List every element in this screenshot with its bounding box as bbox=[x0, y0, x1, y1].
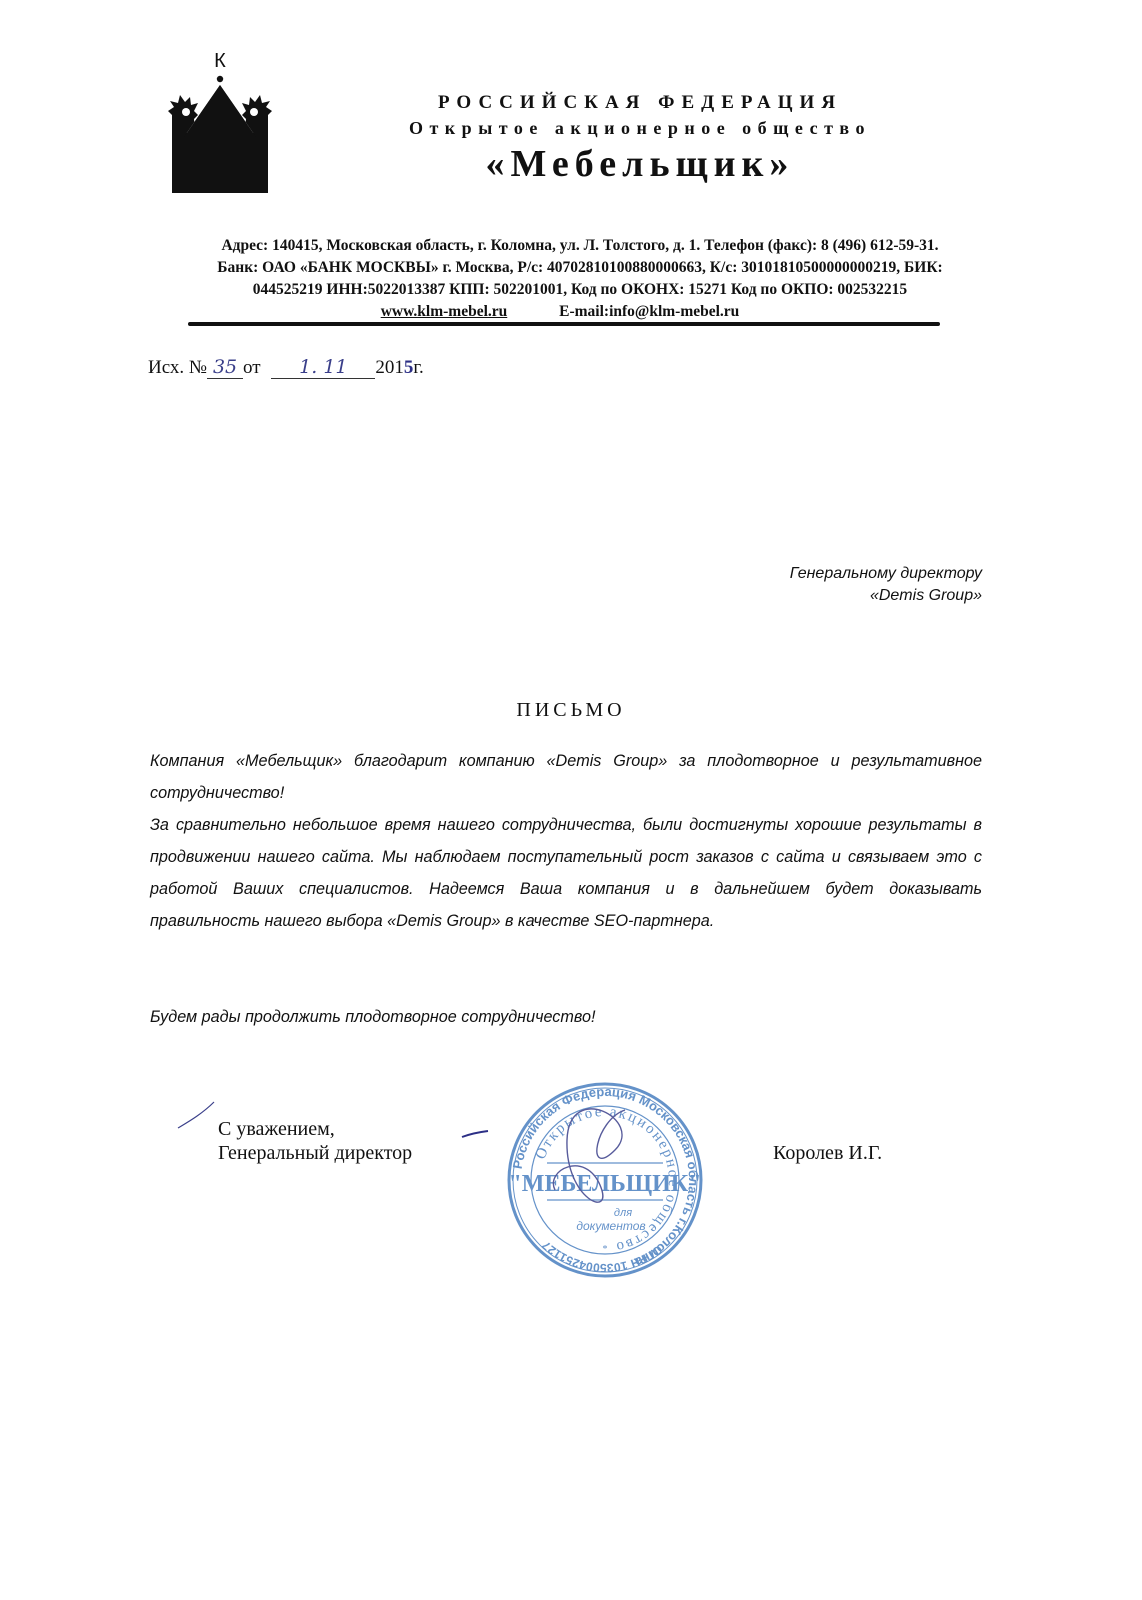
body-paragraph: За сравнительно небольшое время нашего с… bbox=[150, 809, 982, 937]
ref-prefix: Исх. № bbox=[148, 357, 207, 378]
ref-number: 35 bbox=[207, 356, 243, 379]
header-divider bbox=[188, 322, 940, 326]
requisites-address: Адрес: 140415, Московская область, г. Ко… bbox=[60, 237, 1100, 255]
header-country: РОССИЙСКАЯ ФЕДЕРАЦИЯ bbox=[340, 92, 940, 114]
ref-date: 1. 11 bbox=[271, 356, 375, 379]
company-seal-icon: Российская Федерация Московская область … bbox=[505, 1080, 705, 1280]
castle-logo-icon: К bbox=[160, 45, 280, 205]
header-company-name: «Мебельщик» bbox=[340, 142, 940, 186]
signature-position: Генеральный директор bbox=[218, 1142, 412, 1165]
requisites-codes: 044525219 ИНН:5022013387 КПП: 502201001,… bbox=[60, 281, 1100, 299]
svg-text:*: * bbox=[603, 1244, 608, 1255]
outgoing-reference: Исх. №35от 1. 112015г. bbox=[148, 356, 424, 379]
svg-text:К: К bbox=[214, 50, 226, 72]
header-company-type: Открытое акционерное общество bbox=[340, 118, 940, 139]
requisites-contacts: www.klm-mebel.ru E-mail:info@klm-mebel.r… bbox=[60, 303, 1100, 321]
requisites-bank: Банк: ОАО «БАНК МОСКВЫ» г. Москва, Р/с: … bbox=[60, 259, 1100, 277]
body-paragraph: Компания «Мебельщик» благодарит компанию… bbox=[150, 745, 982, 809]
ref-year-end: г. bbox=[413, 357, 423, 378]
svg-text:"МЕБЕЛЬЩИК": "МЕБЕЛЬЩИК" bbox=[508, 1171, 701, 1197]
email-link[interactable]: E-mail:info@klm-mebel.ru bbox=[559, 303, 739, 321]
addressee: Генеральному директору «Demis Group» bbox=[790, 563, 982, 607]
addressee-company: «Demis Group» bbox=[790, 585, 982, 607]
ref-year-suffix: 5 bbox=[404, 357, 414, 378]
website-link[interactable]: www.klm-mebel.ru bbox=[381, 303, 508, 321]
svg-text:документов: документов bbox=[576, 1219, 645, 1233]
ref-year-prefix: 201 bbox=[375, 357, 404, 378]
signature-regards: С уважением, bbox=[218, 1118, 335, 1141]
letter-body: Компания «Мебельщик» благодарит компанию… bbox=[150, 745, 982, 937]
addressee-position: Генеральному директору bbox=[790, 563, 982, 585]
pen-stroke-icon bbox=[460, 1128, 490, 1140]
svg-text:для: для bbox=[614, 1207, 632, 1219]
closing-line: Будем рады продолжить плодотворное сотру… bbox=[150, 1008, 595, 1027]
pen-stroke-icon bbox=[176, 1100, 216, 1130]
letter-title: ПИСЬМО bbox=[0, 699, 1142, 722]
signature-name: Королев И.Г. bbox=[773, 1142, 882, 1165]
ref-from-label: от bbox=[243, 357, 261, 378]
